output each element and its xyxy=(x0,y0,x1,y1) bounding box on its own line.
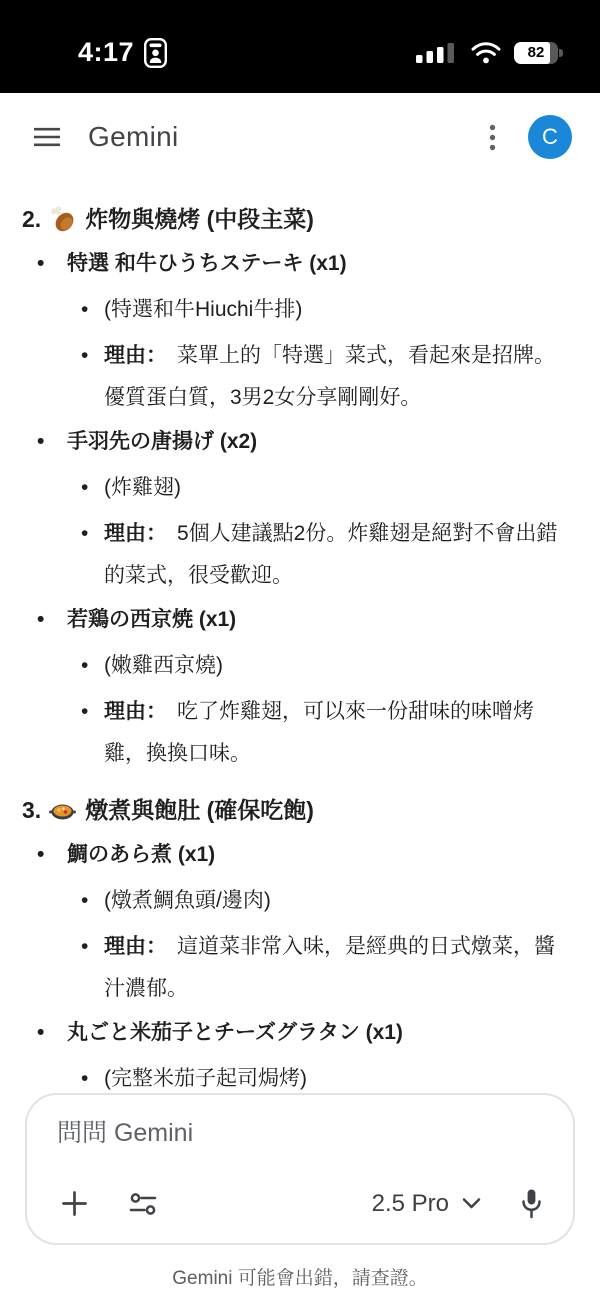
dish-item: 鯛のあら煮 (x1) xyxy=(22,834,575,876)
dish-translation-text: (燉煮鯛魚頭/邊肉) xyxy=(104,880,271,922)
dish-reason-text: 理由：吃了炸雞翅，可以來一份甜味的味噌烤雞，換換口味。 xyxy=(104,691,575,775)
dish-translation-text: (嫩雞西京燒) xyxy=(104,645,223,687)
dish-item: 手羽先の唐揚げ (x2) xyxy=(22,421,575,463)
bullet-marker xyxy=(37,421,67,463)
avatar-letter: C xyxy=(542,124,558,150)
dish-name: 若鶏の西京焼 (x1) xyxy=(67,599,236,641)
dish-item: 丸ごと米茄子とチーズグラタン (x1) xyxy=(22,1012,575,1054)
section-heading: 2. 炸物與燒烤 (中段主菜) xyxy=(22,197,575,241)
bullet-marker xyxy=(81,691,104,775)
dish-reason: 理由：菜單上的「特選」菜式，看起來是招牌。優質蛋白質，3男2女分享剛剛好。 xyxy=(22,335,575,419)
bullet-marker xyxy=(37,1012,67,1054)
bullet-marker xyxy=(37,243,67,285)
dish-name: 丸ごと米茄子とチーズグラタン (x1) xyxy=(67,1012,403,1054)
more-options-button[interactable] xyxy=(483,118,502,157)
model-name: 2.5 Pro xyxy=(372,1190,449,1218)
bullet-marker xyxy=(37,834,67,876)
dish-reason-text: 理由：菜單上的「特選」菜式，看起來是招牌。優質蛋白質，3男2女分享剛剛好。 xyxy=(104,335,575,419)
bullet-marker xyxy=(81,513,104,597)
app-title: Gemini xyxy=(88,121,179,153)
reason-label: 理由： xyxy=(104,522,167,545)
dish-item: 特選 和牛ひうちステーキ (x1) xyxy=(22,243,575,285)
reason-body: 5個人建議點2份。炸雞翅是絕對不會出錯的菜式，很受歡迎。 xyxy=(104,522,557,587)
bullet-marker xyxy=(81,335,104,419)
dish-reason-text: 理由：5個人建議點2份。炸雞翅是絕對不會出錯的菜式，很受歡迎。 xyxy=(104,513,575,597)
status-bar-right: 82 xyxy=(416,42,558,64)
paella-pan-emoji xyxy=(49,797,76,824)
bullet-marker xyxy=(37,599,67,641)
status-bar-left: 4:17 xyxy=(78,37,167,68)
hamburger-menu-icon xyxy=(34,127,60,147)
bullet-marker xyxy=(81,467,104,509)
avatar[interactable]: C xyxy=(528,115,572,159)
section-number: 2. xyxy=(22,197,41,241)
battery-icon: 82 xyxy=(514,42,558,64)
section-title: 炸物與燒烤 (中段主菜) xyxy=(85,197,314,241)
input-controls: 2.5 Pro xyxy=(57,1184,547,1223)
battery-nub xyxy=(559,49,563,57)
battery-percent: 82 xyxy=(514,42,558,64)
more-options-icon xyxy=(489,124,496,151)
bullet-marker xyxy=(81,645,104,687)
tune-icon xyxy=(128,1191,158,1217)
reason-body: 菜單上的「特選」菜式，看起來是招牌。優質蛋白質，3男2女分享剛剛好。 xyxy=(104,344,555,409)
reason-label: 理由： xyxy=(104,344,167,367)
bullet-marker xyxy=(81,880,104,922)
chat-response: 2. 炸物與燒烤 (中段主菜) 特選 和牛ひうちステーキ (x1) (特選和牛H… xyxy=(0,181,600,1100)
profile-badge-icon xyxy=(144,38,167,68)
prompt-input[interactable] xyxy=(57,1119,545,1148)
section-heading: 3. 燉煮與飽肚 (確保吃飽) xyxy=(22,788,575,832)
plus-icon xyxy=(61,1190,88,1217)
dish-reason: 理由：吃了炸雞翅，可以來一份甜味的味噌烤雞，換換口味。 xyxy=(22,691,575,775)
reason-body: 這道菜非常入味，是經典的日式燉菜，醬汁濃郁。 xyxy=(104,935,555,1000)
prompt-input-card: 2.5 Pro xyxy=(25,1093,575,1245)
dish-translation: (燉煮鯛魚頭/邊肉) xyxy=(22,880,575,922)
dish-translation: (特選和牛Hiuchi牛排) xyxy=(22,289,575,331)
reason-label: 理由： xyxy=(104,935,167,958)
dish-reason: 理由：5個人建議點2份。炸雞翅是絕對不會出錯的菜式，很受歡迎。 xyxy=(22,513,575,597)
section-number: 3. xyxy=(22,788,41,832)
bullet-marker xyxy=(81,926,104,1010)
dish-name: 鯛のあら煮 (x1) xyxy=(67,834,215,876)
dish-translation: (炸雞翅) xyxy=(22,467,575,509)
hamburger-menu-button[interactable] xyxy=(28,121,66,153)
dish-reason-text: 理由：這道菜非常入味，是經典的日式燉菜，醬汁濃郁。 xyxy=(104,926,575,1010)
clock-time: 4:17 xyxy=(78,37,134,68)
tools-button[interactable] xyxy=(124,1187,162,1221)
cellular-signal-icon xyxy=(416,42,458,63)
chevron-down-icon xyxy=(461,1197,482,1210)
dish-translation-text: (特選和牛Hiuchi牛排) xyxy=(104,289,302,331)
reason-body: 吃了炸雞翅，可以來一份甜味的味噌烤雞，換換口味。 xyxy=(104,700,534,765)
dish-reason: 理由：這道菜非常入味，是經典的日式燉菜，醬汁濃郁。 xyxy=(22,926,575,1010)
disclaimer-text: Gemini 可能會出錯，請查證。 xyxy=(0,1263,600,1290)
reason-label: 理由： xyxy=(104,700,167,723)
add-attachment-button[interactable] xyxy=(57,1186,92,1221)
wifi-icon xyxy=(471,42,501,64)
app-header: Gemini C xyxy=(0,93,600,181)
bullet-marker xyxy=(81,289,104,331)
section-title: 燉煮與飽肚 (確保吃飽) xyxy=(85,788,314,832)
dish-translation: (嫩雞西京燒) xyxy=(22,645,575,687)
status-bar: 4:17 xyxy=(0,0,600,93)
microphone-button[interactable] xyxy=(516,1184,547,1223)
dish-name: 手羽先の唐揚げ (x2) xyxy=(67,421,257,463)
drumstick-emoji xyxy=(49,206,76,233)
microphone-icon xyxy=(520,1188,543,1219)
dish-translation-text: (炸雞翅) xyxy=(104,467,181,509)
dish-item: 若鶏の西京焼 (x1) xyxy=(22,599,575,641)
dish-name: 特選 和牛ひうちステーキ (x1) xyxy=(67,243,347,285)
model-selector[interactable]: 2.5 Pro xyxy=(372,1190,482,1218)
